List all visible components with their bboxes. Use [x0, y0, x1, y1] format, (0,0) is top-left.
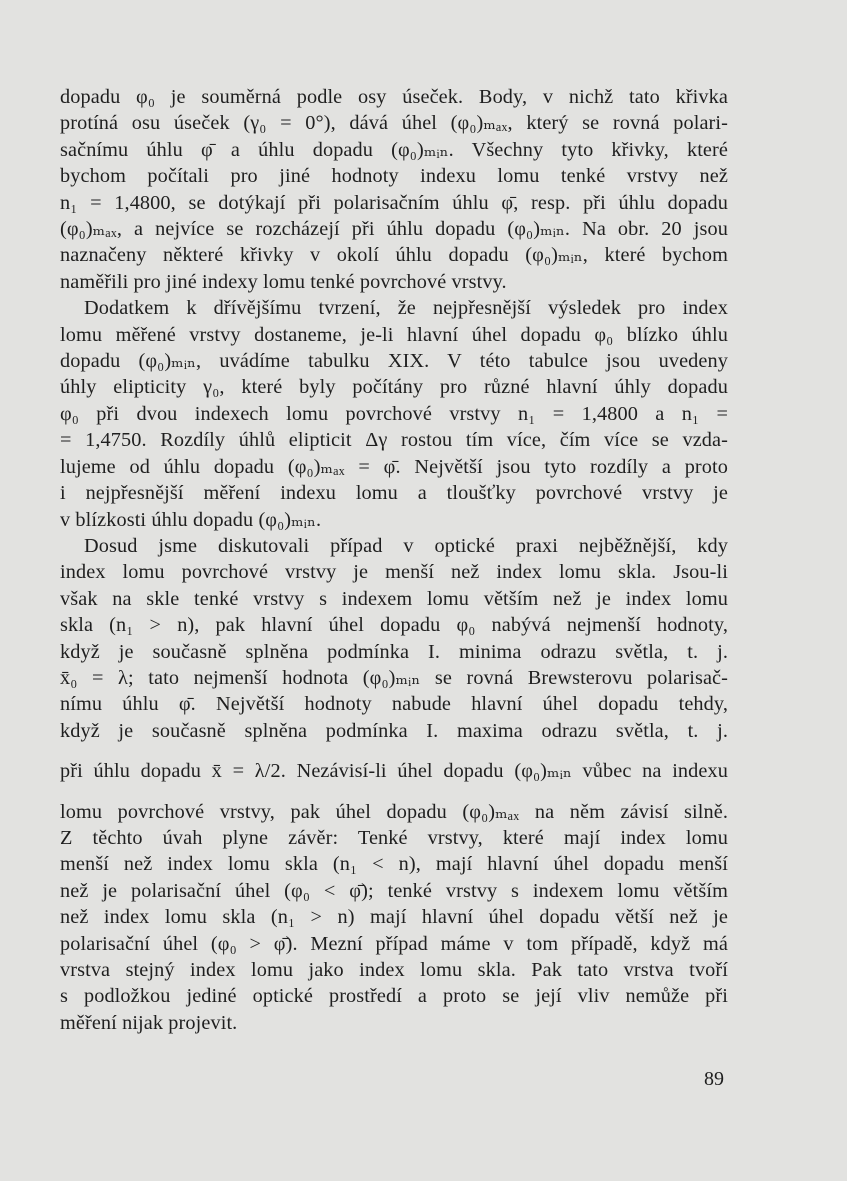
paragraph-1: dopadu φ₀ je souměrná podle osy úseček. …	[60, 84, 728, 295]
text-line-fraction: při úhlu dopadu x̄ = λ/2. Nezávisí-li úh…	[60, 758, 728, 784]
text-line: naměřili pro jiné indexy lomu tenké povr…	[60, 269, 728, 295]
text-line: bychom počítali pro jiné hodnoty indexu …	[60, 163, 728, 189]
text-line: lomu povrchové vrstvy, pak úhel dopadu (…	[60, 799, 728, 825]
page-body: dopadu φ₀ je souměrná podle osy úseček. …	[60, 84, 728, 1036]
text-line: měření nijak projevit.	[60, 1010, 728, 1036]
text-line: (φ₀)ₘₐₓ, a nejvíce se rozcházejí při úhl…	[60, 216, 728, 242]
paragraph-2: Dodatkem k dřívějšímu tvrzení, že nejpře…	[60, 295, 728, 533]
text-line: sačnímu úhlu φ̄ a úhlu dopadu (φ₀)ₘᵢₙ. V…	[60, 137, 728, 163]
text-line: x̄₀ = λ; tato nejmenší hodnota (φ₀)ₘᵢₙ s…	[60, 665, 728, 691]
paragraph-3: Dosud jsme diskutovali případ v optické …	[60, 533, 728, 1036]
text-line: dopadu (φ₀)ₘᵢₙ, uvádíme tabulku XIX. V t…	[60, 348, 728, 374]
text-line: polarisační úhel (φ₀ > φ̄). Mezní případ…	[60, 931, 728, 957]
text-line: vrstva stejný index lomu jako index lomu…	[60, 957, 728, 983]
text-line: = 1,4750. Rozdíly úhlů elipticit Δγ rost…	[60, 427, 728, 453]
text-line: však na skle tenké vrstvy s indexem lomu…	[60, 586, 728, 612]
text-line: v blízkosti úhlu dopadu (φ₀)ₘᵢₙ.	[60, 507, 728, 533]
text-line: skla (n₁ > n), pak hlavní úhel dopadu φ₀…	[60, 612, 728, 638]
text-line: index lomu povrchové vrstvy je menší než…	[60, 559, 728, 585]
text-line: Dodatkem k dřívějšímu tvrzení, že nejpře…	[60, 295, 728, 321]
text-line: protíná osu úseček (γ₀ = 0°), dává úhel …	[60, 110, 728, 136]
text-line: než index lomu skla (n₁ > n) mají hlavní…	[60, 904, 728, 930]
text-line: i nejpřesnější měření indexu lomu a tlou…	[60, 480, 728, 506]
text-line: n₁ = 1,4800, se dotýkají při polarisační…	[60, 190, 728, 216]
text-line: když je současně splněna podmínka I. max…	[60, 718, 728, 744]
text-line: když je současně splněna podmínka I. min…	[60, 639, 728, 665]
text-line: φ₀ při dvou indexech lomu povrchové vrst…	[60, 401, 728, 427]
text-line: s podložkou jediné optické prostředí a p…	[60, 983, 728, 1009]
page-number: 89	[704, 1068, 724, 1091]
text-line: naznačeny některé křivky v okolí úhlu do…	[60, 242, 728, 268]
text-line: dopadu φ₀ je souměrná podle osy úseček. …	[60, 84, 728, 110]
text-line: Dosud jsme diskutovali případ v optické …	[60, 533, 728, 559]
text-line: lujeme od úhlu dopadu (φ₀)ₘₐₓ = φ̄. Nejv…	[60, 454, 728, 480]
text-line: menší než index lomu skla (n₁ < n), mají…	[60, 851, 728, 877]
text-line: nímu úhlu φ̄. Největší hodnoty nabude hl…	[60, 691, 728, 717]
text-line: úhly elipticity γ₀, které byly počítány …	[60, 374, 728, 400]
text-line: Z těchto úvah plyne závěr: Tenké vrstvy,…	[60, 825, 728, 851]
text-line: lomu měřené vrstvy dostaneme, je-li hlav…	[60, 322, 728, 348]
text-line: než je polarisační úhel (φ₀ < φ̄); tenké…	[60, 878, 728, 904]
